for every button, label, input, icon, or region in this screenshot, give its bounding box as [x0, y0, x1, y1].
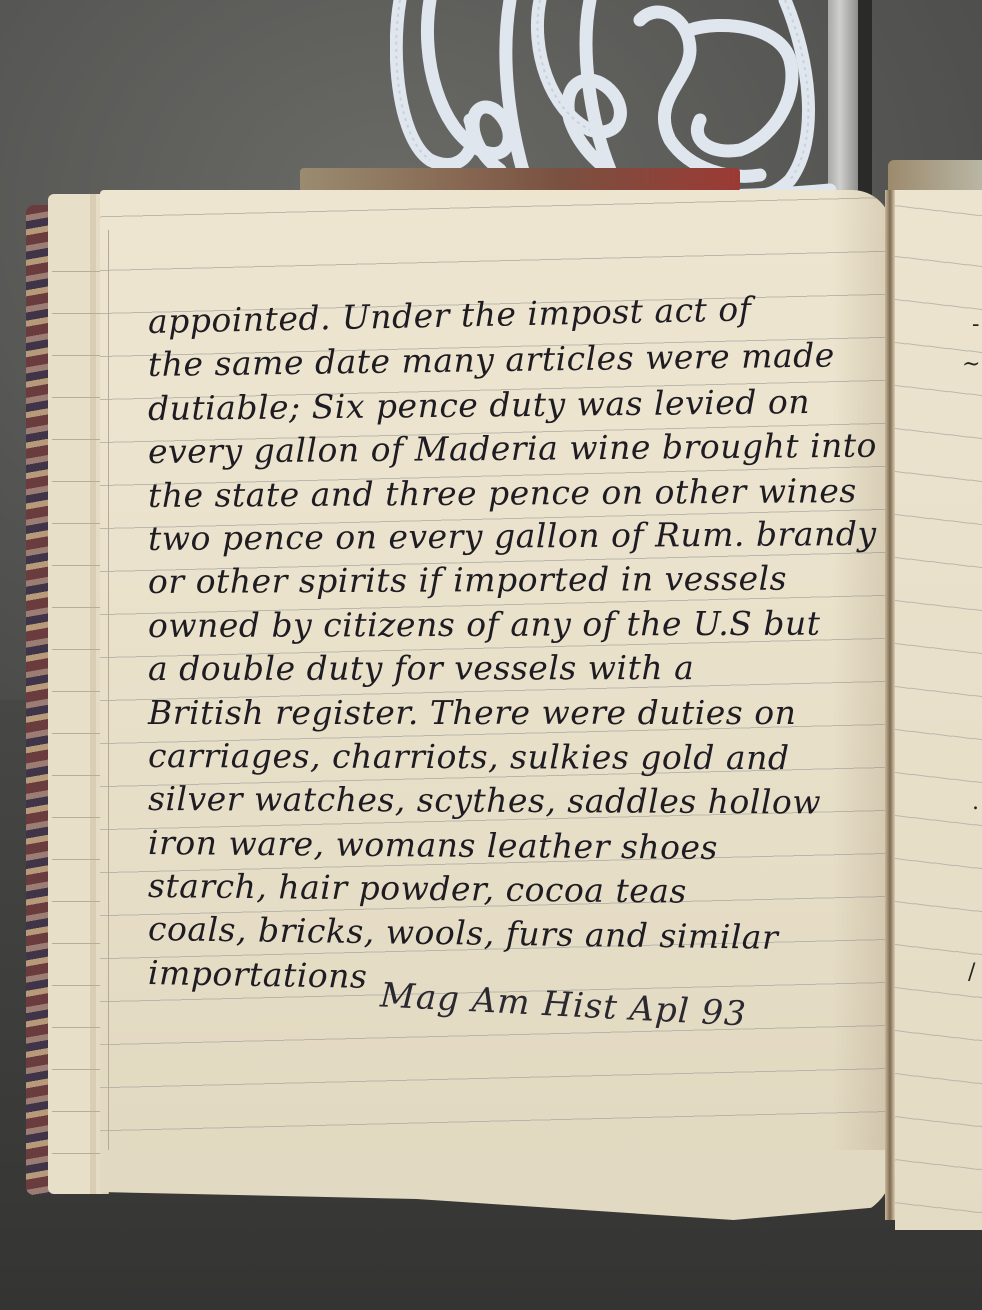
text-line: every gallon of Maderia wine brought int… [148, 424, 888, 474]
text-line: the state and three pence on other wines [148, 468, 888, 517]
text-line: British register. There were duties on [148, 691, 888, 734]
right-page-mark: - [972, 312, 979, 337]
notebook-right-page [895, 190, 982, 1230]
text-line: carriages, charriots, sulkies gold and [148, 734, 888, 780]
text-line: dutiable; Six pence duty was levied on [148, 379, 888, 430]
text-line: silver watches, scythes, saddles hollow [148, 777, 888, 824]
margin-rule [108, 230, 109, 1190]
book-cover-top-edge [300, 168, 740, 192]
text-line: iron ware, womans leather shoes [148, 821, 888, 871]
right-page-mark: ~ [962, 352, 980, 377]
text-line: or other spirits if imported in vessels [148, 556, 888, 603]
right-page-mark: / [968, 960, 975, 985]
book-cover-right-edge [888, 160, 982, 190]
handwritten-text: appointed. Under the impost act of the s… [148, 300, 888, 994]
ruled-lines-right [895, 190, 982, 1230]
text-line: owned by citizens of any of the U.S but [148, 601, 888, 647]
text-line: starch, hair powder, cocoa teas [148, 864, 888, 915]
text-line: the same date many articles were made [148, 333, 889, 387]
right-page-mark: . [972, 790, 979, 815]
text-line: a double duty for vessels with a [148, 646, 888, 691]
text-line: two pence on every gallon of Rum. brandy [148, 512, 888, 561]
